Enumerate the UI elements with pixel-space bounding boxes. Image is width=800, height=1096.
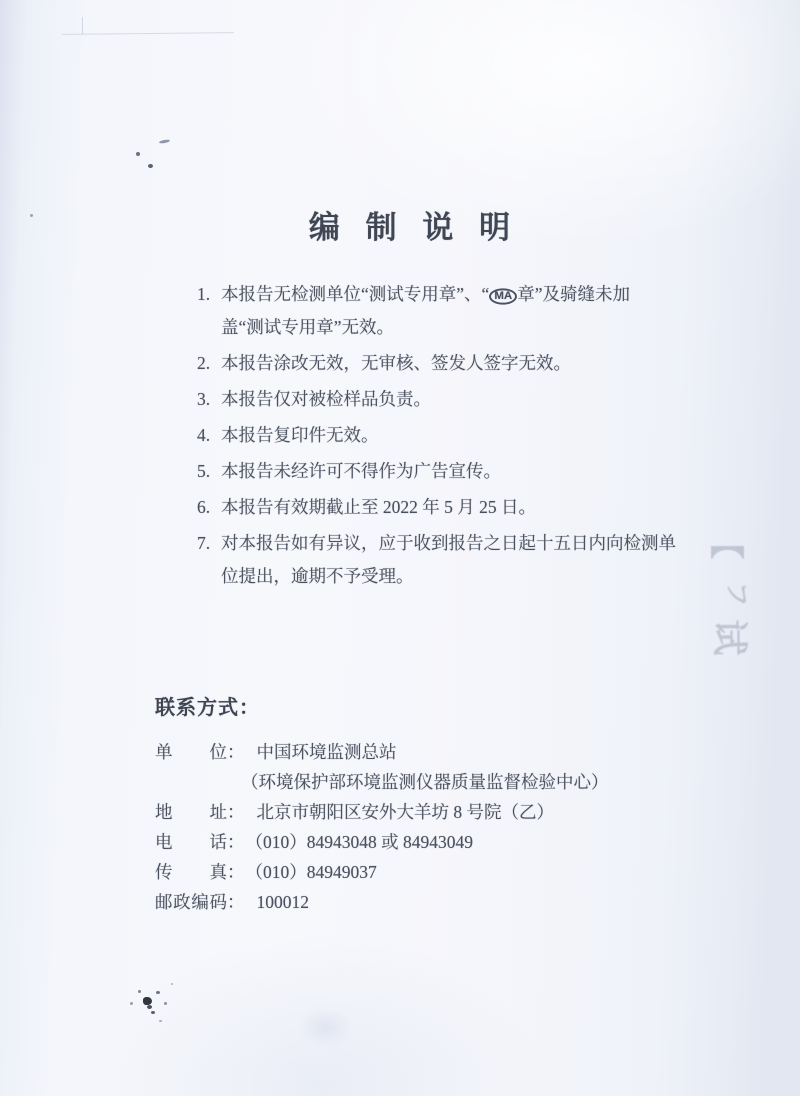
note-number: 5.	[197, 455, 210, 488]
scan-speck	[30, 214, 33, 217]
contact-colon: ：	[227, 887, 245, 917]
note-number: 1.	[197, 278, 210, 311]
contact-label: 传真	[155, 857, 227, 887]
contact-row-fax: 传真：（010）84949037	[155, 857, 715, 887]
note-text: 本报告复印件无效。	[221, 425, 379, 445]
stamp-edge-mark: 【	[705, 526, 754, 560]
scan-speck	[148, 164, 153, 168]
scan-speck	[164, 1002, 167, 1005]
contact-colon: ：	[227, 737, 245, 767]
note-item-6: 6. 本报告有效期截止至 2022 年 5 月 25 日。	[195, 491, 740, 524]
note-text: 对本报告如有异议，应于收到报告之日起十五日内向检测单	[221, 533, 676, 553]
cma-mark-icon: MA	[489, 288, 517, 304]
scan-speck	[159, 139, 170, 144]
contact-colon: ：	[227, 797, 245, 827]
note-item-1: 1. 本报告无检测单位“测试专用章”、“MA章”及骑缝未加 盖“测试专用章”无效…	[195, 278, 740, 344]
contact-block: 单位：中国环境监测总站 （环境保护部环境监测仪器质量监督检验中心） 地址：北京市…	[155, 737, 715, 917]
contact-colon: ：	[227, 827, 245, 857]
note-text: 盖“测试专用章”无效。	[221, 317, 394, 337]
note-text: 本报告涂改无效，无审核、签发人签字无效。	[221, 353, 571, 373]
scanned-document-page: 编 制 说 明 1. 本报告无检测单位“测试专用章”、“MA章”及骑缝未加 盖“…	[0, 0, 800, 1096]
note-number: 7.	[197, 527, 210, 560]
page-title: 编 制 说 明	[14, 202, 800, 247]
scan-speck	[171, 983, 173, 985]
contact-row-postcode: 邮政编码：100012	[155, 887, 715, 917]
scan-crease	[82, 17, 83, 34]
scan-speck	[147, 1005, 152, 1009]
note-text: 本报告未经许可不得作为广告宣传。	[221, 461, 501, 481]
note-number: 6.	[197, 491, 210, 524]
note-number: 4.	[197, 419, 210, 452]
note-text: 位提出，逾期不予受理。	[221, 566, 414, 586]
contact-colon: ：	[227, 857, 245, 887]
contact-label: 邮政编码	[155, 887, 227, 917]
scan-crease	[62, 32, 234, 35]
scan-speck	[159, 1020, 162, 1022]
contact-value: 中国环境监测总站	[257, 742, 397, 762]
contact-heading: 联系方式：	[155, 691, 260, 720]
scan-speck	[156, 991, 160, 994]
stamp-edge-mark: 试	[707, 619, 758, 655]
scan-smudge	[300, 1008, 352, 1046]
note-number: 3.	[197, 383, 210, 416]
note-text: 本报告无检测单位“测试专用章”、“	[221, 284, 489, 304]
stamp-edge-mark: フ	[721, 581, 757, 606]
note-item-4: 4. 本报告复印件无效。	[195, 419, 740, 452]
scan-speck	[138, 990, 141, 993]
notes-list: 1. 本报告无检测单位“测试专用章”、“MA章”及骑缝未加 盖“测试专用章”无效…	[155, 278, 740, 593]
note-item-5: 5. 本报告未经许可不得作为广告宣传。	[195, 455, 740, 488]
contact-value: （010）84949037	[246, 862, 377, 882]
contact-value: 北京市朝阳区安外大羊坊 8 号院（乙）	[257, 802, 555, 822]
scan-speck	[130, 1002, 133, 1005]
note-item-3: 3. 本报告仅对被检样品负责。	[195, 383, 740, 416]
scan-speck	[151, 1011, 155, 1014]
note-item-7: 7. 对本报告如有异议，应于收到报告之日起十五日内向检测单 位提出，逾期不予受理…	[195, 527, 740, 593]
note-text: 本报告仅对被检样品负责。	[221, 389, 431, 409]
contact-row-unit: 单位：中国环境监测总站 （环境保护部环境监测仪器质量监督检验中心）	[155, 737, 715, 797]
note-number: 2.	[197, 347, 210, 380]
contact-value: （010）84943048 或 84943049	[246, 832, 474, 852]
note-text: 本报告有效期截止至 2022 年 5 月 25 日。	[221, 497, 536, 517]
note-text: 章”及骑缝未加	[517, 284, 630, 304]
scan-speck	[136, 152, 140, 156]
contact-value: 100012	[257, 892, 310, 912]
note-item-2: 2. 本报告涂改无效，无审核、签发人签字无效。	[195, 347, 740, 380]
contact-label: 电话	[155, 827, 227, 857]
contact-label: 地址	[155, 797, 227, 827]
contact-value-extra: （环境保护部环境监测仪器质量监督检验中心）	[241, 772, 609, 792]
contact-label: 单位	[155, 737, 227, 767]
contact-row-address: 地址：北京市朝阳区安外大羊坊 8 号院（乙）	[155, 797, 715, 827]
scan-speck	[143, 997, 152, 1005]
contact-row-phone: 电话：（010）84943048 或 84943049	[155, 827, 715, 857]
